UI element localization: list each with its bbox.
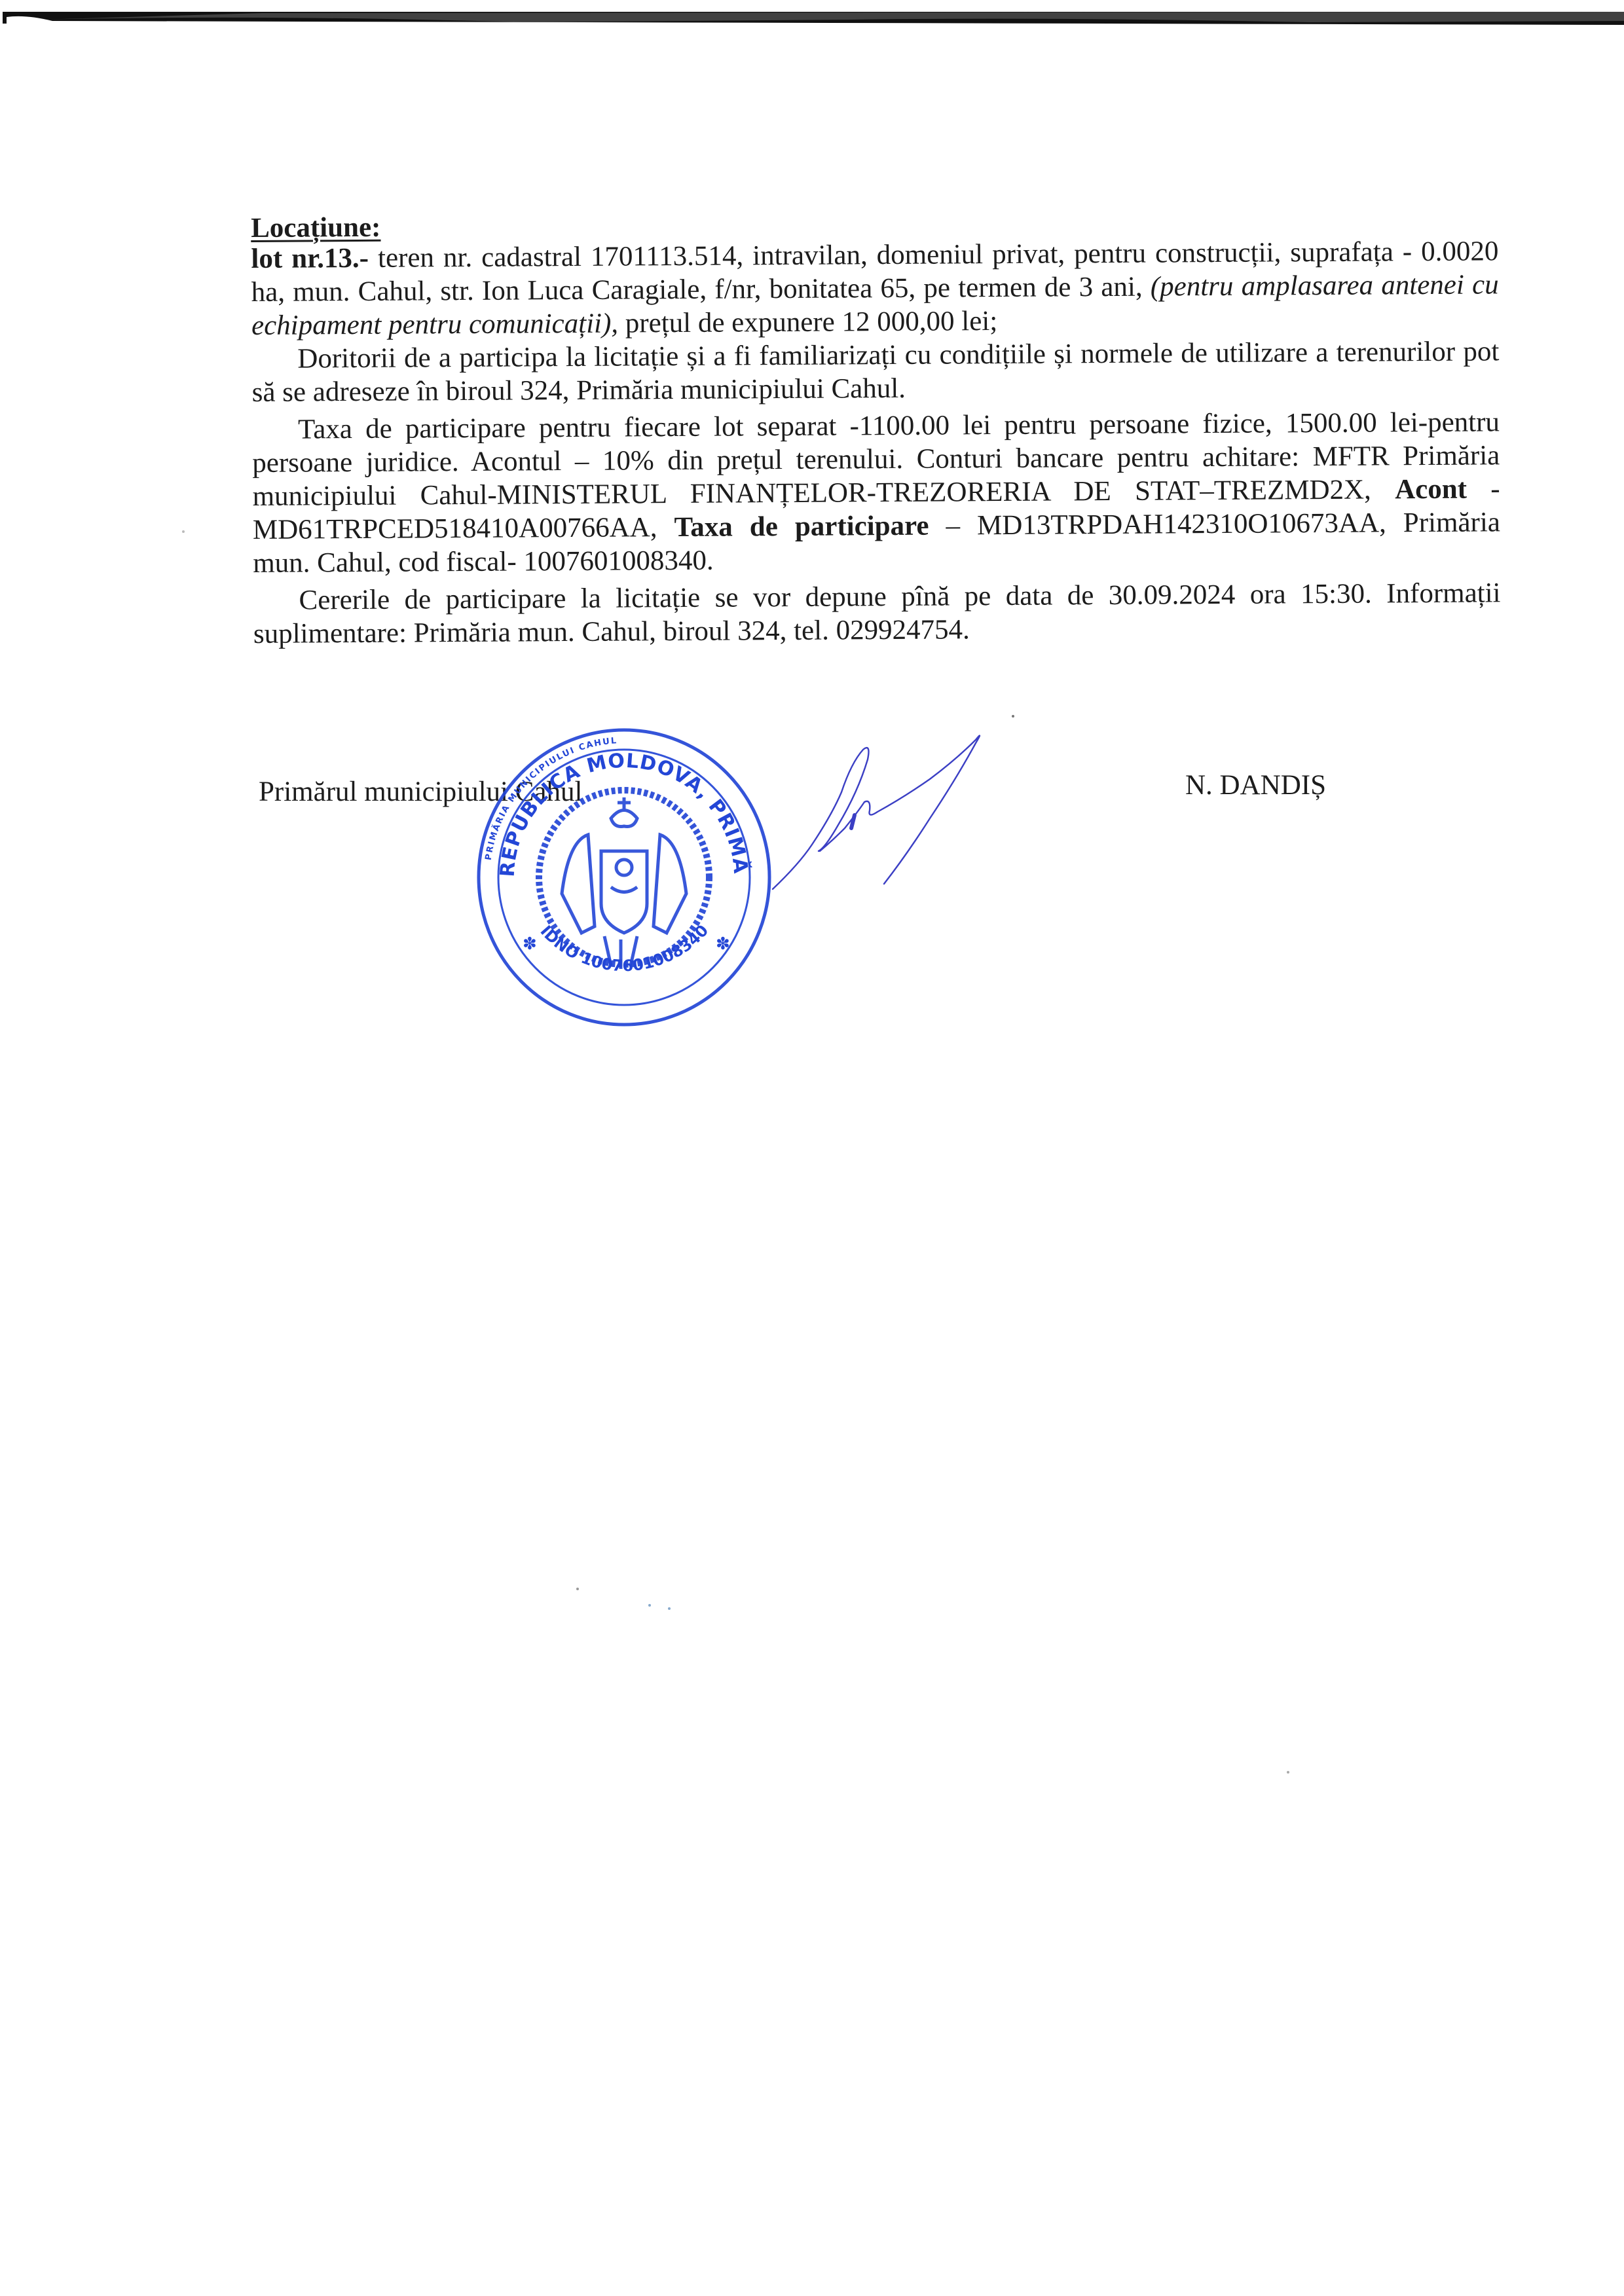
svg-text:IDNO 1007601008340: IDNO 1007601008340 bbox=[536, 921, 712, 975]
scan-speck bbox=[1287, 1771, 1289, 1774]
lot-paragraph: lot nr.13.- teren nr. cadastral 1701113.… bbox=[251, 234, 1499, 342]
fees-paragraph: Taxa de participare pentru fiecare lot s… bbox=[252, 405, 1501, 580]
info-paragraph: Doritorii de a participa la licitație și… bbox=[251, 335, 1500, 409]
acont-label: Acont bbox=[1395, 474, 1467, 505]
signature-icon bbox=[760, 714, 1061, 897]
stamp-idno-text: IDNO 1007601008340 bbox=[536, 921, 712, 975]
scan-speck bbox=[576, 1588, 579, 1590]
scan-speck bbox=[668, 1607, 671, 1610]
svg-text:✽: ✽ bbox=[716, 934, 730, 954]
signatory-name: N. DANDIȘ bbox=[1185, 769, 1326, 801]
official-stamp-icon: PRIMĂRIA MUNICIPIULUI CAHUL REPUBLICA MO… bbox=[470, 720, 778, 1034]
scan-speck bbox=[1012, 715, 1014, 718]
fees-text: Taxa de participare pentru fiecare lot s… bbox=[252, 407, 1500, 512]
deadline-paragraph: Cererile de participare la licitație se … bbox=[253, 576, 1501, 651]
scan-speck bbox=[648, 1604, 651, 1607]
lot-label: lot nr.13.- bbox=[251, 243, 369, 274]
document-body: Locațiune: lot nr.13.- teren nr. cadastr… bbox=[251, 207, 1501, 651]
lot-price: prețul de expunere 12 000,00 lei; bbox=[618, 306, 997, 339]
scan-edge-artifact bbox=[0, 0, 1624, 26]
svg-text:✽: ✽ bbox=[523, 934, 537, 954]
participation-fee-label: Taxa de participare bbox=[674, 511, 929, 543]
scan-speck bbox=[182, 530, 185, 533]
